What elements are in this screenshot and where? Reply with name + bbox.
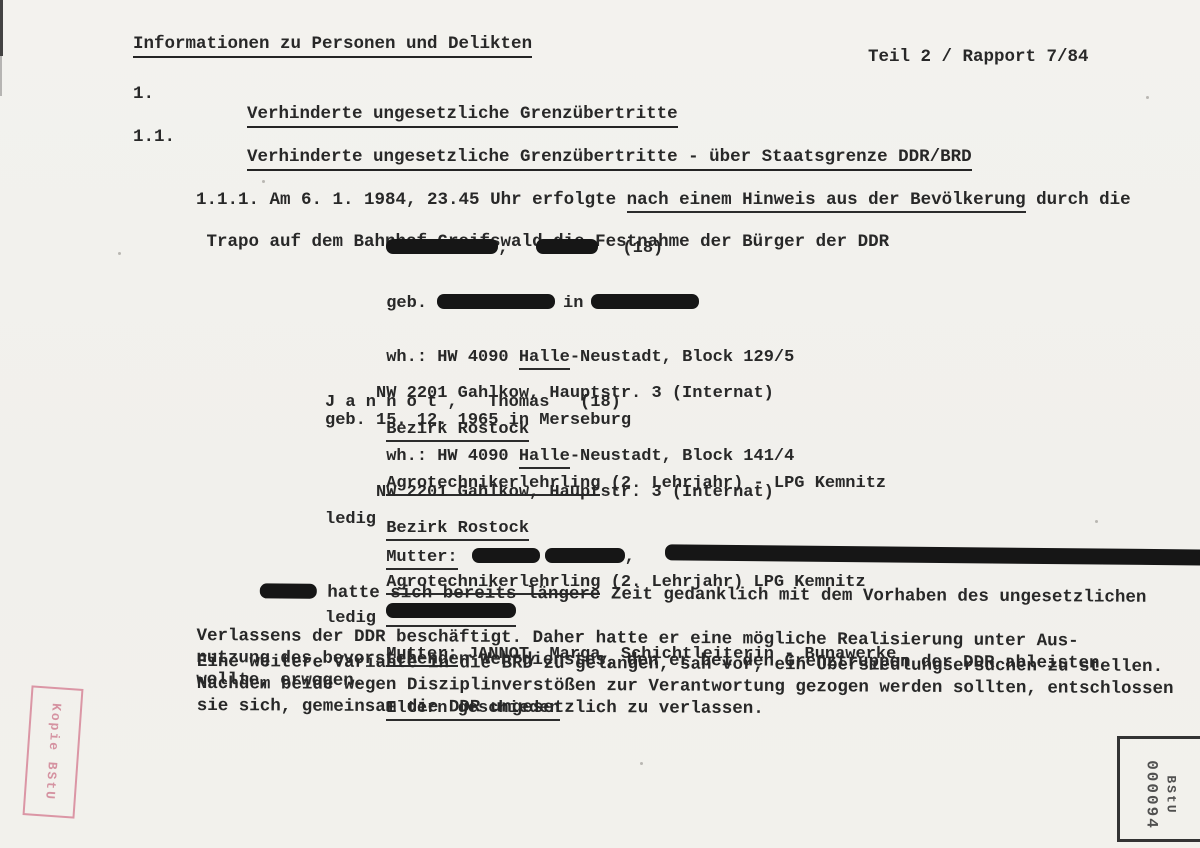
bstu-stamp-org: BStU (1162, 760, 1180, 830)
redaction-bar (536, 239, 598, 254)
bezirk-text: Bezirk Rostock (386, 519, 529, 541)
name-separator: , (498, 239, 508, 258)
scanned-document-page: Informationen zu Personen und Delikten T… (0, 0, 1200, 848)
person-1-name-line: ,(18) (325, 221, 1200, 276)
bstu-stamp-number: 000094 (1140, 760, 1162, 830)
person-1-age: (18) (622, 239, 663, 258)
wh-pre: wh.: HW 4090 (386, 447, 519, 466)
section-1-1-heading-text: Verhinderte ungesetzliche Grenzübertritt… (247, 147, 972, 171)
redaction-bar (591, 294, 699, 309)
body-paragraph-2: Eine weitere Variante in die BRD zu gela… (197, 651, 1174, 722)
redaction-bar (386, 239, 498, 254)
wh-tail: -Neustadt, Block 129/5 (570, 348, 794, 367)
bstu-copy-stamp-text: Kopie BStU (42, 703, 64, 802)
person-1-address-line-1: wh.: HW 4090 Halle-Neustadt, Block 129/5 (325, 331, 1200, 385)
redaction-bar (260, 583, 317, 598)
scan-edge-artifact (0, 0, 3, 56)
scan-speck (640, 762, 643, 765)
doc-reference: Teil 2 / Rapport 7/84 (868, 47, 1089, 67)
wh-pre: wh.: HW 4090 (386, 348, 519, 367)
scan-edge-artifact-faint (0, 56, 2, 96)
paragraph-1-line-1: hatte sich bereits längere Zeit gedankli… (197, 559, 1147, 631)
person-2-address-line-2: NW 2201 Gahlkow, Hauptstr. 3 (Internat) (325, 484, 896, 502)
scan-speck (1146, 96, 1149, 99)
section-1-1-number: 1.1. (133, 127, 175, 147)
scan-speck (118, 252, 121, 255)
intro-underlined-phrase: nach einem Hinweis aus der Bevölkerung (627, 190, 1026, 213)
in-label: in (563, 294, 583, 313)
bstu-copy-stamp: Kopie BStU (23, 685, 84, 818)
person-2-bezirk: Bezirk Rostock (325, 502, 896, 556)
person-2-birth-line: geb. 15. 12. 1965 in Merseburg (325, 412, 896, 430)
section-1-heading-text: Verhinderte ungesetzliche Grenzübertritt… (247, 104, 678, 128)
paragraph-1-text: hatte sich bereits längere Zeit gedankli… (317, 583, 1147, 608)
wh-city-underlined: Halle (519, 447, 570, 469)
geb-label: geb. (386, 294, 427, 313)
document-title-text: Informationen zu Personen und Delikten (133, 34, 532, 58)
bstu-page-number-stamp-text: BStU 000094 (1140, 760, 1179, 830)
intro-pre: 1.1.1. Am 6. 1. 1984, 23.45 Uhr erfolgte (196, 190, 627, 210)
bstu-page-number-stamp: BStU 000094 (1117, 736, 1200, 842)
wh-tail: -Neustadt, Block 141/4 (570, 447, 794, 466)
person-1-birth-line: geb.in (325, 276, 1200, 331)
section-1-number: 1. (133, 84, 154, 104)
redaction-bar (437, 294, 555, 309)
intro-tail: durch die (1026, 190, 1131, 210)
document-title: Informationen zu Personen und Delikten (133, 34, 532, 54)
person-2-name-line: J a n n o t , Thomas (18) (325, 394, 896, 412)
wh-city-underlined: Halle (519, 348, 570, 370)
person-2-address-line-1: wh.: HW 4090 Halle-Neustadt, Block 141/4 (325, 430, 896, 484)
